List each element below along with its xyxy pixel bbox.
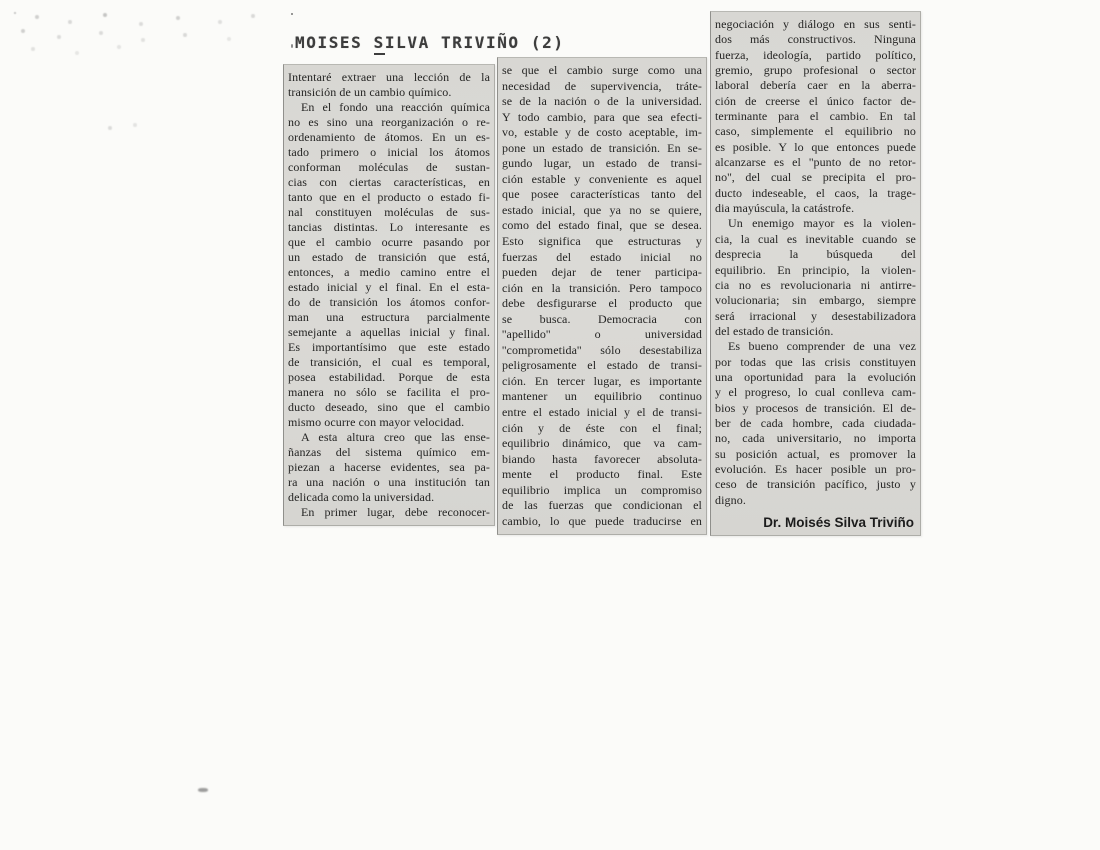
text-line: ción en la transición. Pero tampoco	[502, 281, 702, 297]
text-line: cia no es revolucionaria ni antirre-	[715, 278, 916, 293]
text-line: equilibrio implica un compromiso	[502, 483, 702, 499]
text-line: bios y procesos de transición. El de-	[715, 401, 916, 416]
text-line: fuerza, ideología, partido político,	[715, 48, 916, 63]
text-line: mantener un equilibrio continuo	[502, 389, 702, 405]
text-line: En primer lugar, debe reconocer-	[288, 505, 490, 520]
text-line: ''comprometida'' sólo desestabiliza	[502, 343, 702, 359]
text-line: que el cambio ocurre pasando por	[288, 235, 490, 250]
text-line: caso, simplemente el equilibrio no	[715, 124, 916, 139]
text-line: se que el cambio surge como una	[502, 63, 702, 79]
scan-noise-band	[14, 12, 16, 14]
text-line: ción. En tercer lugar, es importante	[502, 374, 702, 390]
article-title-pre: MOISES	[295, 33, 374, 52]
text-line: vo, estable y de costo aceptable, im-	[502, 125, 702, 141]
text-line: negociación y diálogo en sus senti-	[715, 17, 916, 32]
text-line: gremio, grupo profesional o sector	[715, 63, 916, 78]
text-line: cambio, lo que puede traducirse en	[502, 514, 702, 530]
text-line: cia, la cual es inevitable cuando se	[715, 232, 916, 247]
text-line: tanto que en el producto o estado fi-	[288, 190, 490, 205]
text-line: dos más constructivos. Ninguna	[715, 32, 916, 47]
text-line: dia mayúscula, la catástrofe.	[715, 201, 916, 216]
text-line: transición de un cambio químico.	[288, 85, 490, 100]
text-line: ceso de transición pacífico, justo y	[715, 477, 916, 492]
text-line: de transición, el cual es temporal,	[288, 355, 490, 370]
text-line: mente el producto final. Este	[502, 467, 702, 483]
text-line: ducto deseado, sino que el cambio	[288, 400, 490, 415]
text-line: do de transición los átomos confor-	[288, 295, 490, 310]
text-line: delicada como la universidad.	[288, 490, 490, 505]
text-line: pueden dejar de tener participa-	[502, 265, 702, 281]
text-line: se busca. Democracia con	[502, 312, 702, 328]
text-line: Es importantísimo que este estado	[288, 340, 490, 355]
ink-speck	[291, 13, 293, 15]
text-line: entre el estado inicial y el de transi-	[502, 405, 702, 421]
text-line: cias con ciertas características, en	[288, 175, 490, 190]
text-line: estado inicial, que ya no se quiere,	[502, 203, 702, 219]
text-line: no es sino una reorganización o re-	[288, 115, 490, 130]
text-line: necesidad de supervivencia, tráte-	[502, 79, 702, 95]
article-column-3-lines: negociación y diálogo en sus senti-dos m…	[715, 17, 916, 508]
text-line: tancias distintas. Lo interesante es	[288, 220, 490, 235]
text-line: ra una nación o una institución tan	[288, 475, 490, 490]
text-line: no, cada universitario, no importa	[715, 431, 916, 446]
text-line: ción de creerse el único factor de-	[715, 94, 916, 109]
text-line: no'', del cual se precipita el pro-	[715, 170, 916, 185]
text-line: posea estabilidad. Porque de esta	[288, 370, 490, 385]
text-line: tado primero o inicial los átomos	[288, 145, 490, 160]
text-line: una oportunidad para la evolución	[715, 370, 916, 385]
text-line: En el fondo una reacción química	[288, 100, 490, 115]
text-line: piezan a hacerse evidentes, sea pa-	[288, 460, 490, 475]
article-column-3: negociación y diálogo en sus senti-dos m…	[710, 11, 921, 536]
text-line: gundo lugar, un estado de transi-	[502, 156, 702, 172]
article-title-rest: ILVA TRIVIÑO (2)	[385, 33, 565, 52]
text-line: entonces, a medio camino entre el	[288, 265, 490, 280]
text-line: ordenamiento de átomos. En un es-	[288, 130, 490, 145]
text-line: Es bueno comprender de una vez	[715, 339, 916, 354]
text-line: pone un estado de transición. En se-	[502, 141, 702, 157]
text-line: biando hasta favorecer absoluta-	[502, 452, 702, 468]
ink-speck	[291, 44, 293, 48]
text-line: será irracional y desestabilizadora	[715, 309, 916, 324]
text-line: Un enemigo mayor es la violen-	[715, 216, 916, 231]
text-line: debe desfigurarse el producto que	[502, 296, 702, 312]
text-line: ción estable y conveniente es aquel	[502, 172, 702, 188]
text-line: de las fuerzas que condicionan el	[502, 498, 702, 514]
text-line: semejante a aquellas inicial y final.	[288, 325, 490, 340]
text-line: se de la nación o de la universidad.	[502, 94, 702, 110]
text-line: nal constituyen moléculas de sus-	[288, 205, 490, 220]
text-line: A esta altura creo que las ense-	[288, 430, 490, 445]
text-line: manera no sólo se facilita el pro-	[288, 385, 490, 400]
text-line: fuerzas del estado inicial no	[502, 250, 702, 266]
text-line: mismo ocurre con mayor velocidad.	[288, 415, 490, 430]
scan-smudge	[198, 788, 208, 792]
scanned-page: { "header": { "title_pre": "MOISES ", "t…	[0, 0, 1100, 850]
text-line: ción y de éste con el final;	[502, 421, 702, 437]
article-title-underlined-letter: S	[374, 33, 385, 55]
text-line: por todas que las crisis constituyen	[715, 355, 916, 370]
text-line: del estado de transición.	[715, 324, 916, 339]
text-line: laboral debería caer en la aberra-	[715, 78, 916, 93]
text-line: equilibrio dinámico, que va cam-	[502, 436, 702, 452]
text-line: equilibrio. En principio, la violen-	[715, 263, 916, 278]
text-line: terminante para el cambio. En tal	[715, 109, 916, 124]
text-line: estado inicial y el final. En el esta-	[288, 280, 490, 295]
text-line: que posee características tanto del	[502, 187, 702, 203]
text-line: ducto indeseable, el caos, la trage-	[715, 186, 916, 201]
text-line: ''apellido'' o universidad	[502, 327, 702, 343]
text-line: Intentaré extraer una lección de la	[288, 70, 490, 85]
text-line: y el progreso, lo cual conlleva cam-	[715, 385, 916, 400]
text-line: Esto significa que estructuras y	[502, 234, 702, 250]
text-line: ber de cada hombre, cada ciudada-	[715, 416, 916, 431]
text-line: evolución. Es hacer posible un pro-	[715, 462, 916, 477]
text-line: Y todo cambio, para que sea efecti-	[502, 110, 702, 126]
text-line: un estado de transición que está,	[288, 250, 490, 265]
text-line: digno.	[715, 493, 916, 508]
text-line: como del estado final, que se desea.	[502, 218, 702, 234]
text-line: es posible. Y lo que entonces puede	[715, 140, 916, 155]
article-signature: Dr. Moisés Silva Triviño	[715, 515, 916, 530]
text-line: su posición actual, es promover la	[715, 447, 916, 462]
text-line: peligrosamente el estado de transi-	[502, 358, 702, 374]
article-column-1: Intentaré extraer una lección de latrans…	[283, 64, 495, 526]
article-column-2: se que el cambio surge como unanecesidad…	[497, 57, 707, 535]
text-line: desprecia la búsqueda del	[715, 247, 916, 262]
text-line: volucionaria; sin embargo, siempre	[715, 293, 916, 308]
text-line: alcanzarse es el ''punto de no retor-	[715, 155, 916, 170]
text-line: conforman moléculas de sustan-	[288, 160, 490, 175]
text-line: ñanzas del sistema químico em-	[288, 445, 490, 460]
text-line: man una estructura parcialmente	[288, 310, 490, 325]
article-title: MOISES SILVA TRIVIÑO (2)	[295, 33, 565, 52]
